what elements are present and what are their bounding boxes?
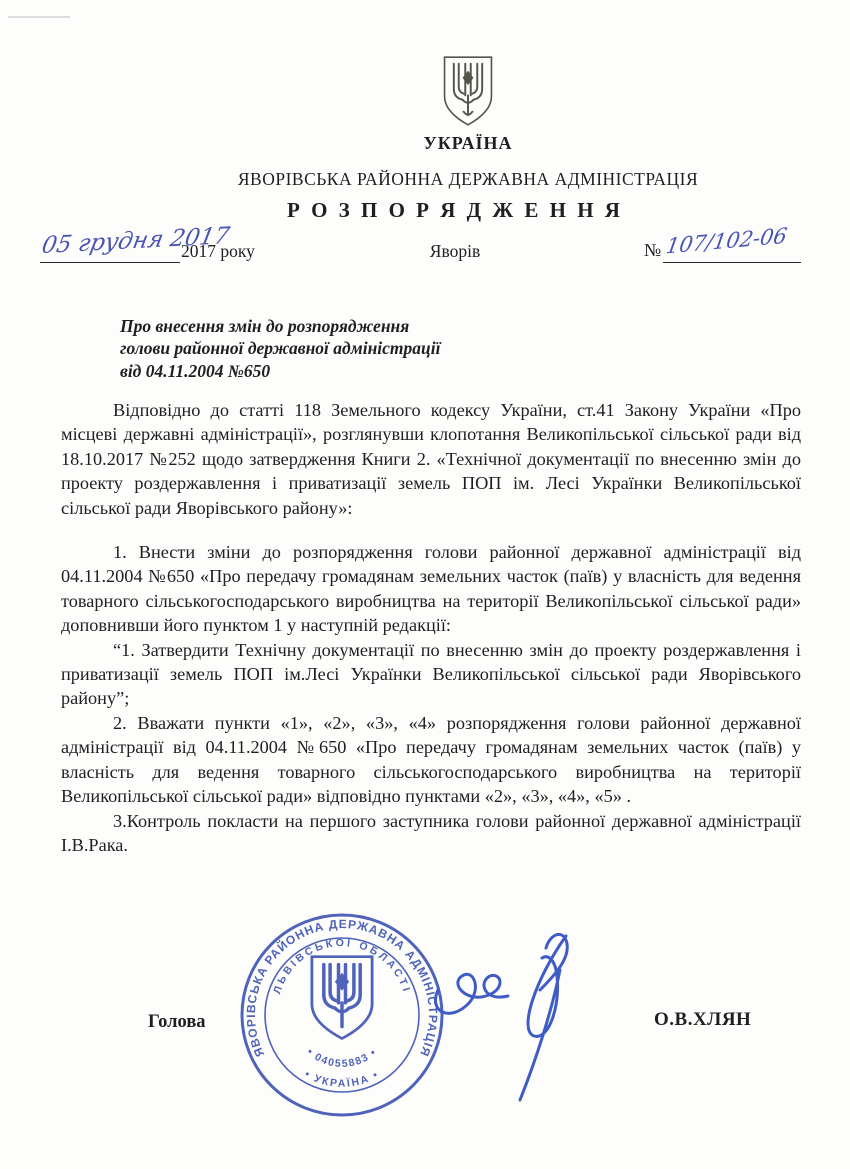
coat-of-arms-trident-icon bbox=[440, 55, 496, 127]
handwritten-number: 107/102-06 bbox=[664, 224, 788, 259]
city-label: Яворів bbox=[430, 241, 480, 262]
organization-title: ЯВОРІВСЬКА РАЙОННА ДЕРЖАВНА АДМІНІСТРАЦІ… bbox=[238, 169, 698, 190]
subject-line: голови районної державної адміністрації bbox=[120, 337, 600, 359]
subject-block: Про внесення змін до розпорядження голов… bbox=[120, 315, 600, 382]
scan-artifact bbox=[8, 16, 70, 18]
signer-name: О.В.ХЛЯН bbox=[654, 1009, 751, 1031]
document-page: УКРАЇНА ЯВОРІВСЬКА РАЙОННА ДЕРЖАВНА АДМІ… bbox=[0, 0, 850, 1169]
date-underline bbox=[40, 262, 180, 263]
svg-text:• 04055883 •: • 04055883 • bbox=[304, 1046, 379, 1070]
handwritten-signature bbox=[424, 926, 634, 1121]
paragraph-quote: “1. Затвердити Технічну документації по … bbox=[61, 638, 801, 711]
position-title: Голова bbox=[148, 1012, 206, 1033]
number-underline bbox=[663, 262, 801, 263]
country-title: УКРАЇНА bbox=[424, 133, 513, 154]
official-stamp: ЯВОРІВСЬКА РАЙОННА ДЕРЖАВНА АДМІНІСТРАЦІ… bbox=[237, 910, 447, 1120]
printed-year: 2017 року bbox=[181, 241, 255, 262]
subject-line: від 04.11.2004 №650 bbox=[120, 360, 600, 382]
stamp-trident-icon bbox=[312, 957, 372, 1039]
document-type-title: Р О З П О Р Я Д Ж Е Н Н Я bbox=[287, 198, 623, 223]
paragraph-item-1: 1. Внести зміни до розпорядження голови … bbox=[61, 540, 801, 638]
body-text: Відповідно до статті 118 Земельного коде… bbox=[61, 398, 801, 857]
paragraph-item-3: 3.Контроль покласти на першого заступник… bbox=[61, 809, 801, 858]
paragraph-item-2: 2. Вважати пункти «1», «2», «3», «4» роз… bbox=[61, 711, 801, 809]
number-label: № bbox=[644, 240, 661, 261]
paragraph-preamble: Відповідно до статті 118 Земельного коде… bbox=[61, 398, 801, 520]
stamp-code-text: • 04055883 • bbox=[304, 1046, 379, 1070]
subject-line: Про внесення змін до розпорядження bbox=[120, 315, 600, 337]
